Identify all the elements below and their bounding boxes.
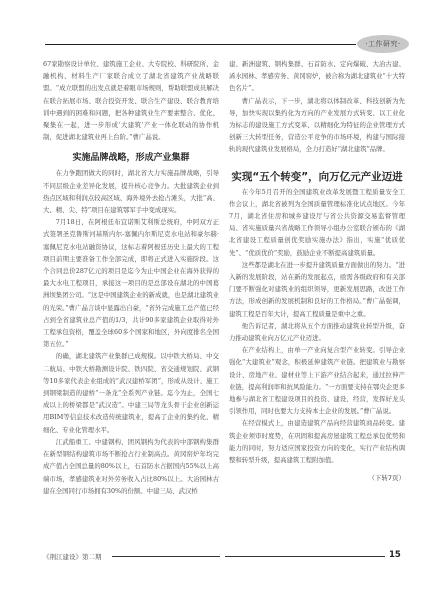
paragraph: 建、新洲建筑、钢构集群、石首防水、定向爆破、大冶古建、浠水园林、孝感劳务、黄冈窑… — [229, 58, 405, 95]
paragraph: 7月18日，在阿根廷布宜诺斯艾利斯总统府，中阿双方正式签署圣克鲁斯河基斯内尔-塞… — [43, 216, 219, 350]
paragraph: 在力争跑团做大的同时，湖北省大力实施品牌战略，引导不同层级企业差异化发展，提升核… — [43, 167, 219, 216]
paragraph: 江武船重工、中建钢构、团风钢构为代表的中部钢构集群在新型钢结构建筑市场不断抢占行… — [43, 436, 219, 497]
paragraph: 在今年5月召开的全国建筑业改革发展暨工程质量安全工作会议上，湖北省被列为全国质量… — [229, 186, 405, 259]
right-column: 建、新洲建筑、钢构集群、石首防水、定向爆破、大冶古建、浠水园林、孝感劳务、黄冈窑… — [229, 58, 405, 485]
header-rule — [45, 44, 356, 45]
footer-rule — [225, 556, 385, 557]
page-number: 15 — [389, 550, 401, 560]
paragraph: 曹广晶表示，下一步，湖北将以体制改革、科技创新为先导，加快实现以集约化为方向的产… — [229, 95, 405, 156]
paragraph: 的确，湖北建筑产业集群已成规模。以中铁大桥局、中交二航局、中铁大桥勘测设计院、铁… — [43, 350, 219, 435]
section-heading: 实现“五个转变”，向万亿元产业迈进 — [229, 170, 405, 184]
continued-note: （下转7页） — [229, 472, 405, 484]
paragraph: 在经营模式上，由建造建筑产品向经营建筑商品转变。建筑企业须审时度势，在巩固和提高… — [229, 417, 405, 466]
paragraph: 这些都是湖北在进一步提升建筑质量方面做出的努力。“进入新的发展阶段，站在新的发展… — [229, 259, 405, 320]
paragraph: 在产业结构上，由单一产业向复合型产业转变。引导企业强化“大建筑业”观念，积极延伸… — [229, 344, 405, 417]
footer-rule — [112, 556, 220, 557]
section-tag: ·工作研究· — [357, 35, 409, 53]
journal-name: 《荆江建设》第二期 — [43, 552, 102, 561]
paragraph: 67家勘察设计单位、建筑施工企业、大专院校、科研院所、金融机构、材料生产厂家联合… — [43, 58, 219, 143]
left-column: 67家勘察设计单位、建筑施工企业、大专院校、科研院所、金融机构、材料生产厂家联合… — [43, 58, 219, 497]
paragraph: 他告诉记者，湖北将从五个方面推动建筑业转型升级，奋力推动建筑业向万亿元产业迈进。 — [229, 320, 405, 344]
section-heading: 实施品牌战略，形成产业集群 — [43, 151, 219, 165]
